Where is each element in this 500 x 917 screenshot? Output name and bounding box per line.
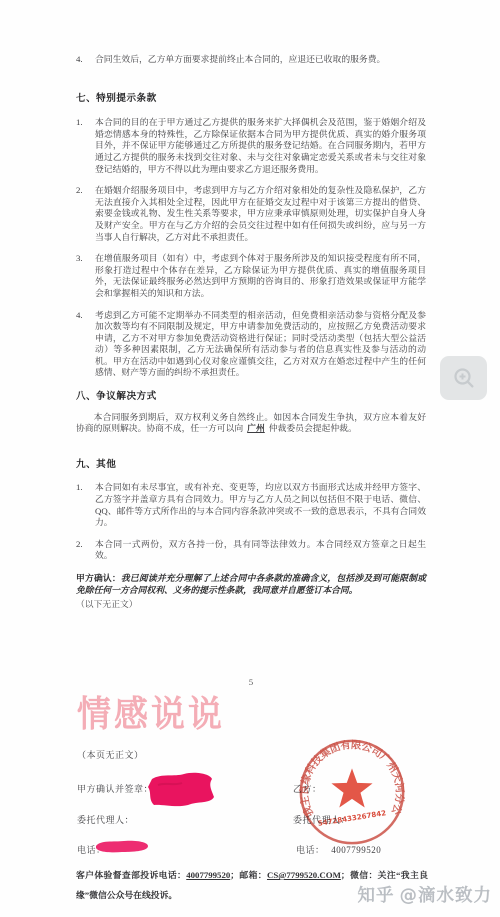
- confirmation-lead: 甲方确认：: [76, 573, 121, 583]
- section7-title: 七、特别提示条款: [76, 93, 426, 105]
- complaint-phone[interactable]: 4007799520: [186, 870, 230, 880]
- clause-text: 合同生效后，乙方单方面要求提前终止本合同的，应退还已收取的服务费。: [95, 54, 426, 66]
- clause-number: 3.: [76, 253, 95, 299]
- pink-logo-watermark: 情感说说: [77, 685, 225, 737]
- party-a-sign-label: 甲方确认并签章：: [77, 782, 153, 795]
- no-body-text-note: （本页无正文）: [77, 748, 144, 761]
- clause-text: 本合同的目的在于甲方通过乙方提供的服务来扩大择偶机会及范围，鉴于婚姻介绍及婚恋情…: [95, 117, 426, 175]
- clause-7-3: 3. 在增值服务项目（如有）中，考虑到个体对于服务所涉及的知识接受程度有所不同，…: [76, 253, 426, 299]
- zhihu-watermark: 知乎@滴水致力: [358, 882, 493, 907]
- clause-number: 1.: [76, 117, 95, 175]
- party-a-signature-redaction: [144, 771, 218, 809]
- section8-title: 八、争议解决方式: [76, 391, 426, 403]
- clause-number: 4.: [76, 54, 95, 66]
- clause-text: 本合同如有未尽事宜，或有补充、变更等，均应以双方书面形式达成并经甲方签字、乙方签…: [95, 482, 426, 528]
- stamp-serial-number: 54728433267842: [317, 808, 387, 828]
- clause-number: 4.: [76, 310, 95, 380]
- clause-number: 1.: [76, 482, 95, 528]
- clause-text: 在婚姻介绍服务项目中，考虑到甲方与乙方介绍对象相处的复杂性及隐私保护，乙方无法直…: [95, 185, 426, 243]
- clause-number: 2.: [76, 539, 95, 562]
- contract-body: 4. 合同生效后，乙方单方面要求提前终止本合同的，应退还已收取的服务费。 七、特…: [76, 44, 426, 688]
- footer-text-2: ；邮箱：: [230, 870, 267, 880]
- party-a-phone-redaction: [90, 836, 152, 856]
- clause-7-2: 2. 在婚姻介绍服务项目中，考虑到甲方与乙方介绍对象相处的复杂性及隐私保护，乙方…: [76, 185, 426, 243]
- zhihu-author-handle: @滴水致力: [400, 886, 493, 906]
- clause-text: 在增值服务项目（如有）中，考虑到个体对于服务所涉及的知识接受程度有所不同，形象打…: [95, 253, 426, 299]
- no-text-below-note: （以下无正文）: [76, 599, 426, 611]
- clause-7-1: 1. 本合同的目的在于甲方通过乙方提供的服务来扩大择偶机会及范围，鉴于婚姻介绍及…: [76, 117, 426, 175]
- party-a-agent-label: 委托代理人：: [77, 813, 134, 826]
- clause-7-4: 4. 考虑到乙方可能不定期举办不同类型的相亲活动，但免费相亲活动参与资格分配及参…: [76, 310, 426, 380]
- clause-text: 考虑到乙方可能不定期举办不同类型的相亲活动，但免费相亲活动参与资格分配及参加次数…: [95, 310, 426, 380]
- stamp-star-icon: [331, 768, 372, 807]
- clause-9-2: 2. 本合同一式两份，双方各持一份，具有同等法律效力。本合同经双方签章之日起生效…: [76, 539, 426, 562]
- party-a-confirmation: 甲方确认：我已阅读并充分理解了上述合同中各条款的准确含义，包括涉及到可能限制或免…: [76, 573, 426, 596]
- confirmation-text: 我已阅读并充分理解了上述合同中各条款的准确含义，包括涉及到可能限制或免除任何一方…: [76, 573, 426, 595]
- zhihu-logo: 知乎: [358, 886, 395, 906]
- contract-page: 4. 合同生效后，乙方单方面要求提前终止本合同的，应退还已收取的服务费。 七、特…: [0, 0, 500, 917]
- clause-number: 2.: [76, 185, 95, 243]
- clause-text: 本合同一式两份，双方各持一份，具有同等法律效力。本合同经双方签章之日起生效。: [95, 539, 426, 562]
- clause-9-1: 1. 本合同如有未尽事宜，或有补充、变更等，均应以双方书面形式达成并经甲方签字、…: [76, 482, 426, 528]
- clause-prev-4: 4. 合同生效后，乙方单方面要求提前终止本合同的，应退还已收取的服务费。: [76, 54, 426, 66]
- footer-text-1: 客户体验督查部投诉电话：: [76, 870, 186, 880]
- zoom-in-button[interactable]: [440, 356, 487, 400]
- zoom-in-icon: [452, 366, 476, 390]
- company-stamp: 我主良缘科技集团有限公司广州天河分公司 54728433267842: [293, 733, 411, 851]
- section9-title: 九、其他: [76, 459, 426, 471]
- dispute-text-after: 仲裁委员会提起仲裁。: [269, 423, 357, 433]
- dispute-paragraph: 本合同服务到期后，双方权利义务自然终止。如因本合同发生争执，双方应本着友好协商的…: [76, 412, 426, 435]
- arbitration-city: 广州: [243, 423, 269, 433]
- complaint-email[interactable]: CS@7799520.COM: [267, 870, 341, 880]
